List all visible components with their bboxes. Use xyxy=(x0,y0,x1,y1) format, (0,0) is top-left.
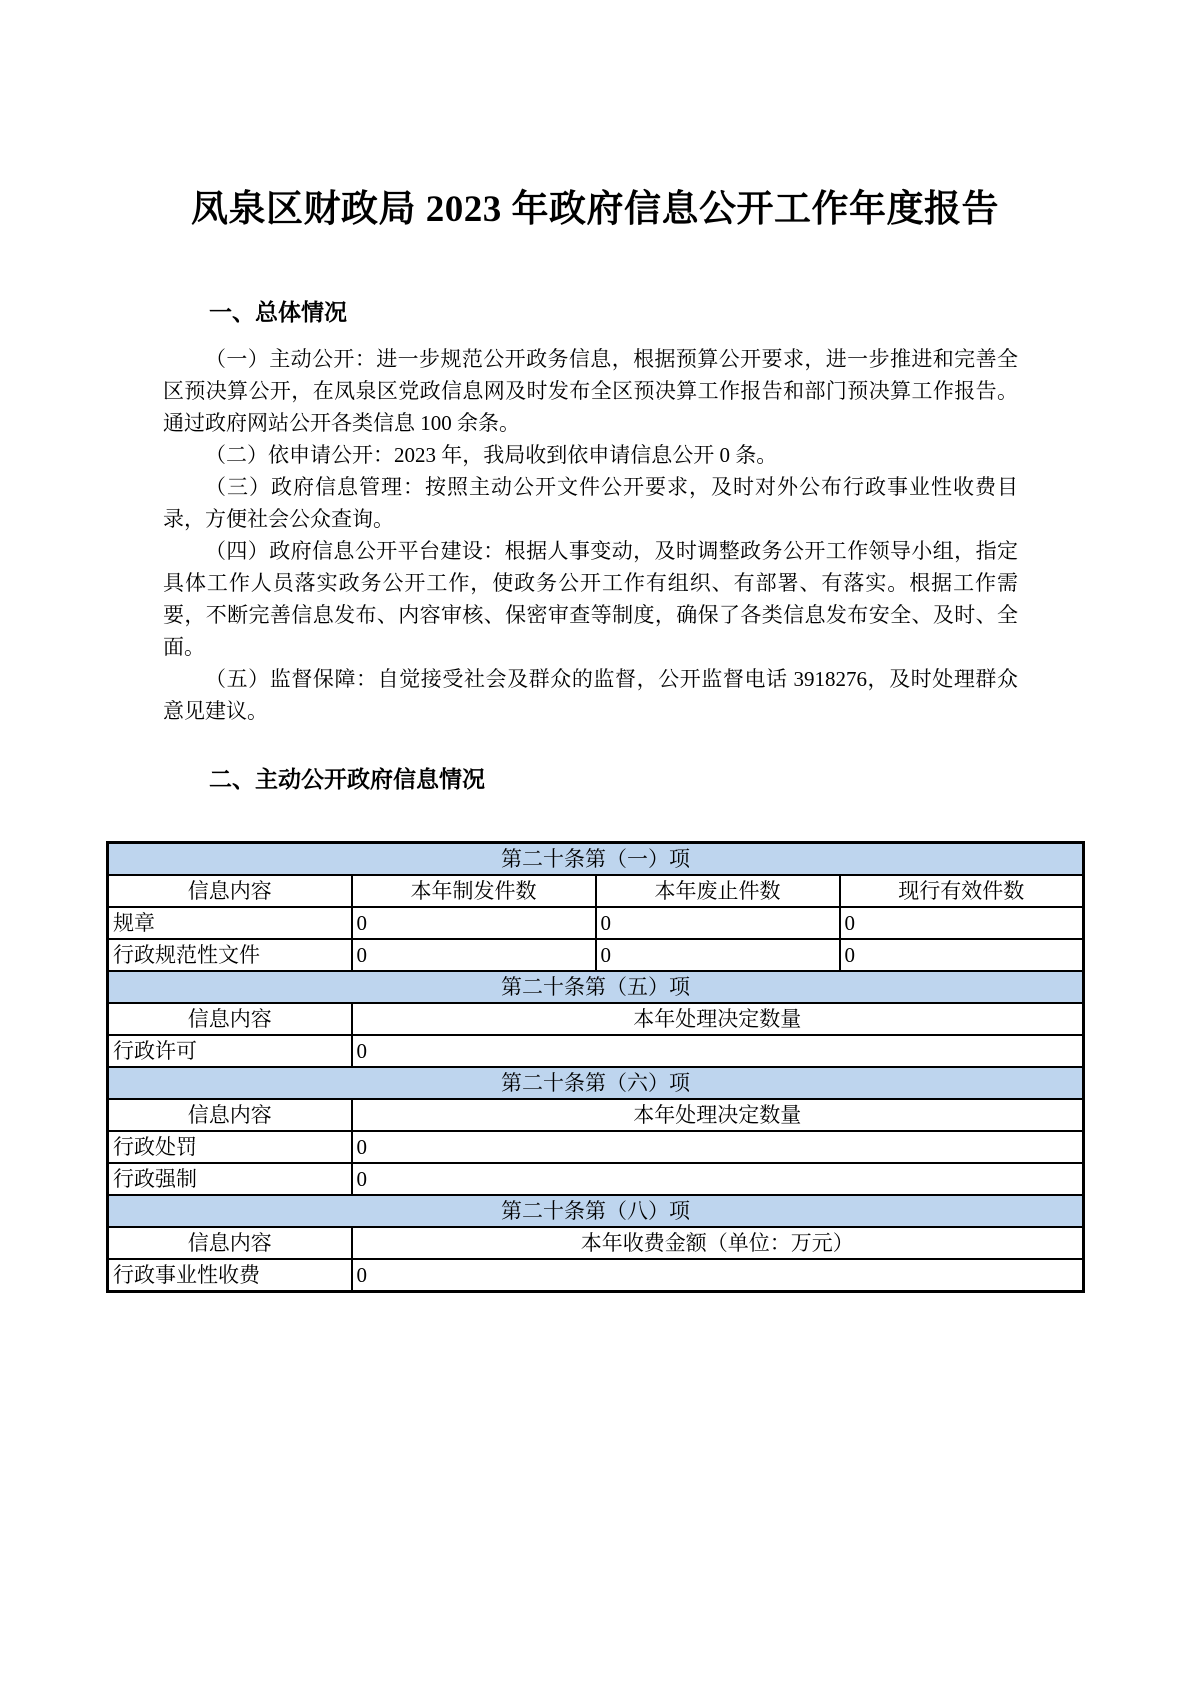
disclosure-statistics-table: 第二十条第（一）项 信息内容 本年制发件数 本年废止件数 现行有效件数 规章 0… xyxy=(106,841,1085,1293)
table-row: 行政强制 0 xyxy=(108,1163,1084,1195)
row-label: 规章 xyxy=(108,907,352,939)
column-header: 本年废止件数 xyxy=(596,875,840,907)
table-header-row: 信息内容 本年收费金额（单位：万元） xyxy=(108,1227,1084,1259)
band-cell: 第二十条第（八）项 xyxy=(108,1195,1084,1227)
table-band-row: 第二十条第（六）项 xyxy=(108,1067,1084,1099)
overview-paragraphs: （一）主动公开：进一步规范公开政务信息，根据预算公开要求，进一步推进和完善全区预… xyxy=(163,343,1018,727)
cell-value: 0 xyxy=(352,1035,1084,1067)
paragraph-platform-construction: （四）政府信息公开平台建设：根据人事变动，及时调整政务公开工作领导小组，指定具体… xyxy=(163,535,1018,663)
row-label: 行政事业性收费 xyxy=(108,1259,352,1292)
column-header: 信息内容 xyxy=(108,875,352,907)
row-label: 行政处罚 xyxy=(108,1131,352,1163)
table-band-row: 第二十条第（五）项 xyxy=(108,971,1084,1003)
section-heading-overview: 一、总体情况 xyxy=(163,296,1018,330)
section-heading-proactive-info: 二、主动公开政府信息情况 xyxy=(163,763,1018,797)
cell-value: 0 xyxy=(352,1163,1084,1195)
band-cell: 第二十条第（六）项 xyxy=(108,1067,1084,1099)
column-header: 现行有效件数 xyxy=(840,875,1084,907)
cell-value: 0 xyxy=(840,907,1084,939)
paragraph-disclosure-upon-request: （二）依申请公开：2023 年，我局收到依申请信息公开 0 条。 xyxy=(163,439,1018,471)
row-label: 行政许可 xyxy=(108,1035,352,1067)
table-header-row: 信息内容 本年制发件数 本年废止件数 现行有效件数 xyxy=(108,875,1084,907)
row-label: 行政强制 xyxy=(108,1163,352,1195)
cell-value: 0 xyxy=(596,907,840,939)
page-title: 凤泉区财政局 2023 年政府信息公开工作年度报告 xyxy=(80,188,1110,232)
table-row: 行政事业性收费 0 xyxy=(108,1259,1084,1292)
table-band-row: 第二十条第（八）项 xyxy=(108,1195,1084,1227)
table-row: 行政规范性文件 0 0 0 xyxy=(108,939,1084,971)
column-header: 信息内容 xyxy=(108,1099,352,1131)
column-header: 本年收费金额（单位：万元） xyxy=(352,1227,1084,1259)
table-row: 行政处罚 0 xyxy=(108,1131,1084,1163)
column-header: 本年处理决定数量 xyxy=(352,1003,1084,1035)
table-band-row: 第二十条第（一）项 xyxy=(108,843,1084,876)
row-label: 行政规范性文件 xyxy=(108,939,352,971)
column-header: 信息内容 xyxy=(108,1227,352,1259)
cell-value: 0 xyxy=(840,939,1084,971)
cell-value: 0 xyxy=(352,1259,1084,1292)
band-cell: 第二十条第（五）项 xyxy=(108,971,1084,1003)
table-row: 规章 0 0 0 xyxy=(108,907,1084,939)
paragraph-proactive-disclosure: （一）主动公开：进一步规范公开政务信息，根据预算公开要求，进一步推进和完善全区预… xyxy=(163,343,1018,439)
cell-value: 0 xyxy=(596,939,840,971)
paragraph-information-management: （三）政府信息管理：按照主动公开文件公开要求，及时对外公布行政事业性收费目录，方… xyxy=(163,471,1018,535)
table-header-row: 信息内容 本年处理决定数量 xyxy=(108,1003,1084,1035)
paragraph-supervision-guarantee: （五）监督保障：自觉接受社会及群众的监督，公开监督电话 3918276，及时处理… xyxy=(163,663,1018,727)
column-header: 本年制发件数 xyxy=(352,875,596,907)
cell-value: 0 xyxy=(352,907,596,939)
table-row: 行政许可 0 xyxy=(108,1035,1084,1067)
column-header: 本年处理决定数量 xyxy=(352,1099,1084,1131)
table-header-row: 信息内容 本年处理决定数量 xyxy=(108,1099,1084,1131)
column-header: 信息内容 xyxy=(108,1003,352,1035)
band-cell: 第二十条第（一）项 xyxy=(108,843,1084,876)
cell-value: 0 xyxy=(352,1131,1084,1163)
document-page: 凤泉区财政局 2023 年政府信息公开工作年度报告 一、总体情况 （一）主动公开… xyxy=(0,0,1190,1683)
document-body: 一、总体情况 （一）主动公开：进一步规范公开政务信息，根据预算公开要求，进一步推… xyxy=(163,296,1018,797)
cell-value: 0 xyxy=(352,939,596,971)
